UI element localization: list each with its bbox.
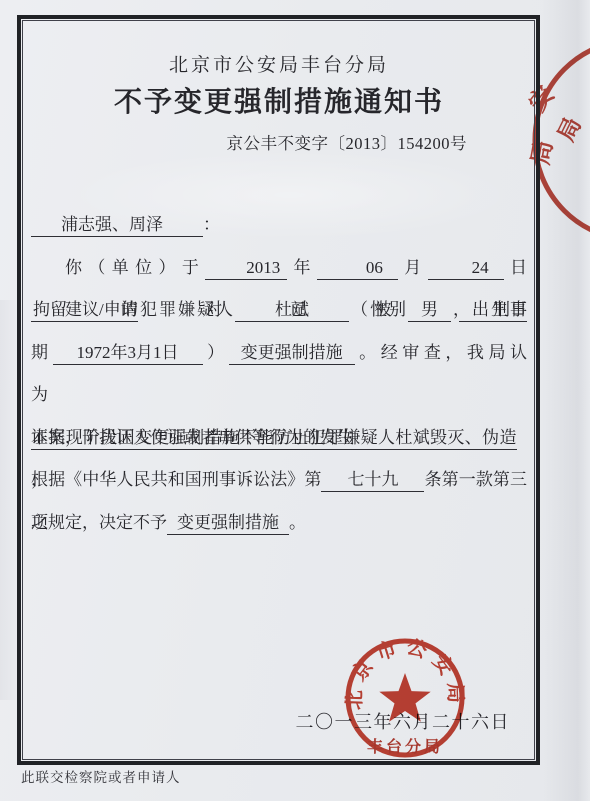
birth-label-cont: 期 bbox=[31, 343, 53, 362]
request-month-blank: 06 bbox=[317, 257, 398, 280]
reason-pre: 为 bbox=[31, 385, 48, 404]
law-article-blank: 七十九 bbox=[321, 469, 424, 492]
paren-close: ） bbox=[203, 343, 229, 362]
seal-branch-text: 丰台分局 bbox=[367, 737, 443, 756]
scanned-notice-page: 安 局 局 北京市公安局丰台分局 不予变更强制措施通知书 京公丰不变字〔2013… bbox=[0, 0, 590, 801]
red-star-icon bbox=[379, 673, 430, 722]
request-date-pre: 你（单位）于 bbox=[65, 258, 205, 277]
body-line-2: 拘留的犯罪嫌疑人杜斌（性别男，出生日 bbox=[31, 289, 527, 332]
review-text: 。经审查，我局认 bbox=[355, 343, 527, 362]
birth-date-blank: 1972年3月1日 bbox=[53, 342, 203, 365]
reason-blank-line2: 证据，干扰证人作证或者串供等行为的发生 bbox=[31, 427, 514, 450]
legal-basis-pre: 根据《中华人民共和国刑事诉讼法》第 bbox=[31, 470, 321, 489]
gender-label: （性别 bbox=[349, 300, 408, 319]
body-line-5: 证据，干扰证人作证或者串供等行为的发生， bbox=[31, 417, 527, 460]
salutation-line: 浦志强、周泽： bbox=[31, 204, 527, 247]
official-seal-stamp: 北京市公安局 丰台分局 bbox=[335, 628, 475, 768]
request-year-blank: 2013 bbox=[205, 257, 287, 280]
measure-type-blank-end: 拘留 bbox=[31, 299, 119, 322]
birth-label: ，出生日 bbox=[451, 300, 527, 319]
body-line-7: 之规定，决定不予变更强制措施。 bbox=[31, 502, 527, 545]
body-line-4: 为本案现阶段因变更强制措施不能防止犯罪嫌疑人杜斌毁灭、伪造 bbox=[31, 374, 527, 417]
salutation-colon: ： bbox=[203, 215, 220, 234]
addressee-names: 浦志强、周泽 bbox=[31, 214, 203, 237]
document-number: 京公丰不变字〔2013〕154200号 bbox=[31, 133, 527, 155]
body-line-3: 期1972年3月1日）变更强制措施。经审查，我局认 bbox=[31, 332, 527, 375]
decision-blank: 变更强制措施 bbox=[167, 512, 289, 535]
year-label: 年 bbox=[287, 258, 317, 277]
body-line-6: 根据《中华人民共和国刑事诉讼法》第七十九条第一款第三项 bbox=[31, 459, 527, 502]
corner-seal-ring bbox=[535, 40, 590, 240]
suspect-label: 的犯罪嫌疑人 bbox=[119, 300, 235, 319]
issuing-agency: 北京市公安局丰台分局 bbox=[31, 53, 527, 79]
requested-change-blank: 变更强制措施 bbox=[229, 342, 355, 365]
body-line-1: 你（单位）于2013年06月24日建议/申请对已被刑事 bbox=[31, 247, 527, 290]
document-body: 浦志强、周泽： 你（单位）于2013年06月24日建议/申请对已被刑事 拘留的犯… bbox=[31, 204, 527, 544]
request-day-blank: 24 bbox=[428, 257, 504, 280]
decision-pre: 之规定，决定不予 bbox=[31, 513, 167, 532]
corner-seal-char: 局 bbox=[553, 114, 586, 146]
suspect-name-blank: 杜斌 bbox=[235, 299, 349, 322]
month-label: 月 bbox=[398, 258, 428, 277]
document-title: 不予变更强制措施通知书 bbox=[31, 84, 527, 122]
gender-blank: 男 bbox=[408, 299, 451, 322]
decision-period: 。 bbox=[289, 513, 306, 532]
day-label: 日 bbox=[504, 258, 527, 277]
copy-distribution-note: 此联交检察院或者申请人 bbox=[21, 766, 181, 786]
